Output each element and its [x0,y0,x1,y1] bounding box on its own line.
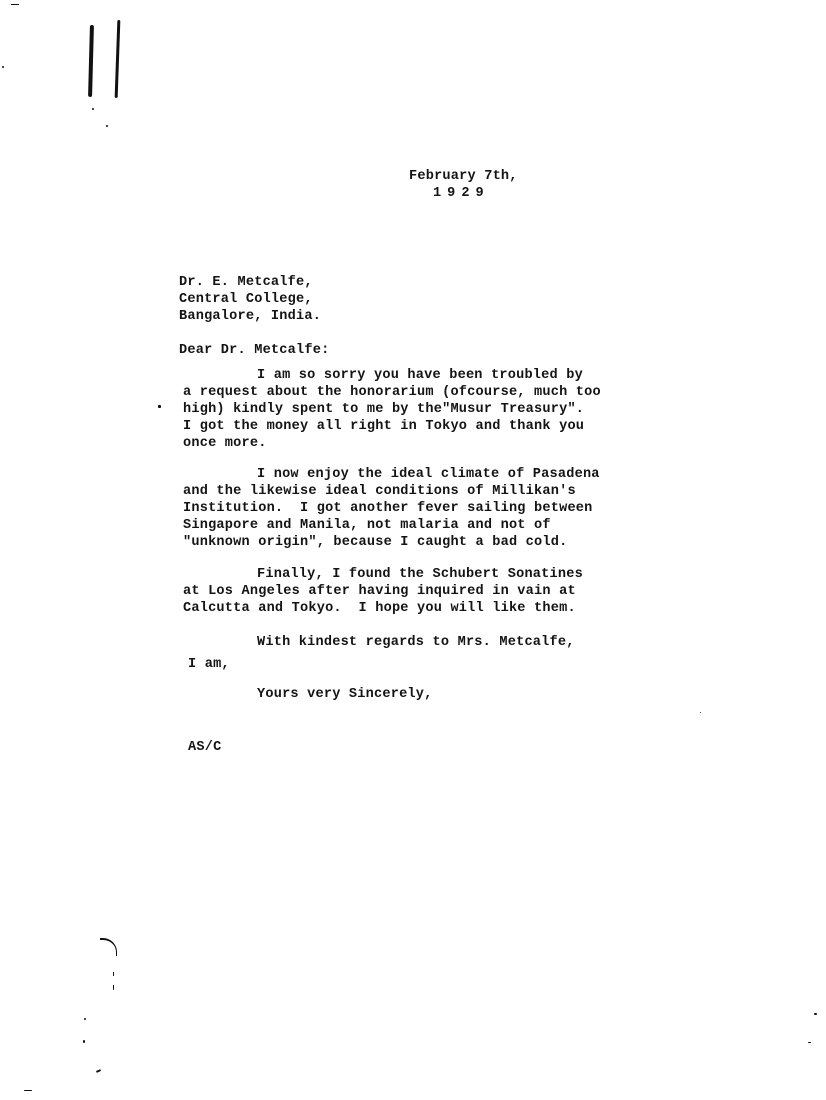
margin-punch-mark [115,20,121,98]
paragraph-line: Finally, I found the Schubert Sonatines [183,566,583,583]
scan-artifact [808,1042,811,1043]
recipient-name: Dr. E. Metcalfe, [179,274,313,291]
margin-punch-mark [88,25,94,97]
paragraph-line: a request about the honorarium (ofcourse… [183,384,601,401]
recipient-city: Bangalore, India. [179,308,321,325]
letter-date: February 7th, [409,168,518,185]
scan-artifact [84,1018,86,1020]
scan-artifact [11,4,19,5]
letter-page: February 7th, 1929 Dr. E. Metcalfe, Cent… [0,0,826,1100]
paragraph-line: I got the money all right in Tokyo and t… [183,418,601,435]
paragraph-line: I am so sorry you have been troubled by [183,367,601,384]
scan-artifact [113,972,114,976]
closing-regards: With kindest regards to Mrs. Metcalfe, [257,634,575,651]
paragraph-line: Calcutta and Tokyo. I hope you will like… [183,600,583,617]
scan-artifact-curve [100,938,117,956]
paragraph-line: once more. [183,435,601,452]
body-paragraph: I am so sorry you have been troubled by … [183,367,601,452]
paragraph-line: Singapore and Manila, not malaria and no… [183,517,600,534]
scan-artifact [700,712,701,713]
scan-artifact [113,985,114,990]
scan-artifact [96,1069,101,1073]
scan-artifact [92,108,94,110]
paragraph-line: I now enjoy the ideal climate of Pasaden… [183,466,600,483]
scan-artifact [24,1090,32,1091]
paragraph-line: "unknown origin", because I caught a bad… [183,534,600,551]
paragraph-line: at Los Angeles after having inquired in … [183,583,583,600]
signoff: Yours very Sincerely, [257,686,433,703]
paragraph-line: Institution. I got another fever sailing… [183,500,600,517]
scan-artifact [158,405,161,408]
scan-artifact [106,125,108,127]
scan-artifact [2,66,4,68]
paragraph-line: high) kindly spent to me by the"Musur Tr… [183,401,601,418]
reference-initials: AS/C [188,739,221,756]
salutation: Dear Dr. Metcalfe: [179,342,329,359]
paragraph-line: and the likewise ideal conditions of Mil… [183,483,600,500]
closing-i-am: I am, [188,656,230,673]
body-paragraph: I now enjoy the ideal climate of Pasaden… [183,466,600,551]
letter-year: 1929 [433,185,490,202]
scan-artifact [83,1040,85,1043]
recipient-institution: Central College, [179,291,313,308]
scan-artifact [814,1013,817,1015]
body-paragraph: Finally, I found the Schubert Sonatines … [183,566,583,617]
